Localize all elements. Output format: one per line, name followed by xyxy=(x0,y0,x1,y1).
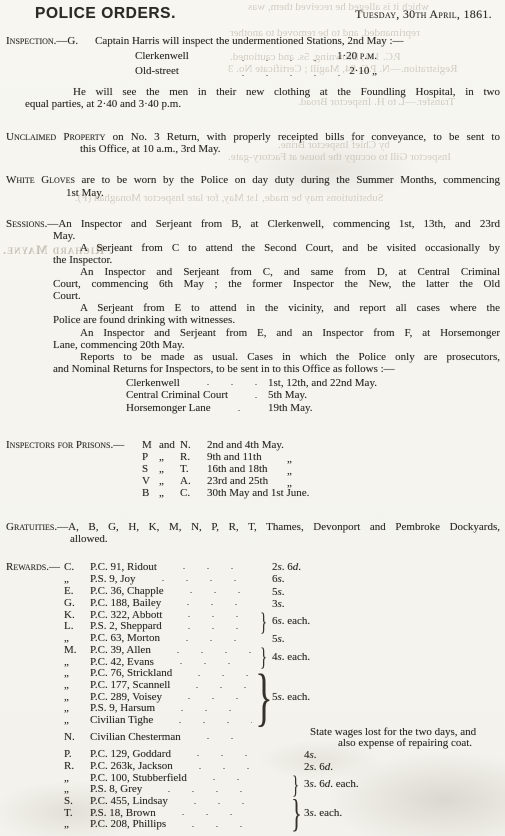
reward-group: R.P.C. 263k, Jackson2s. 6d. xyxy=(6,761,500,773)
pair-separator: „ xyxy=(159,487,180,499)
reward-amount: 3s. 6d. each. xyxy=(304,778,359,790)
white-gloves-section: White Gloves are to be worn by the Polic… xyxy=(6,174,500,198)
section-label: Sessions.— xyxy=(6,218,58,230)
prison-dates: 30th May and 1st June. xyxy=(207,487,309,499)
dot-leader xyxy=(177,668,252,680)
court-name: Clerkenwell xyxy=(126,377,180,390)
document-title: POLICE ORDERS. xyxy=(35,5,176,23)
reward-row: „Civilian Tighe xyxy=(6,715,256,727)
reward-amount: 3s. each. xyxy=(304,807,342,819)
officer-name: P.C. 177, Scannell xyxy=(90,680,170,692)
dot-leader xyxy=(173,796,252,808)
prisons-heading-line: Inspectors for Prisons.—MandN.2nd and 4t… xyxy=(6,439,500,451)
brace-glyph: } xyxy=(255,665,272,730)
division-letter: S. xyxy=(64,796,90,808)
text-line: 1st May. xyxy=(66,187,500,199)
officer-name-cell: P.C. 263k, Jackson xyxy=(90,761,256,773)
sessions-section: Sessions.—An Inspector and Serjeant from… xyxy=(6,218,500,375)
dot-leader xyxy=(162,562,252,574)
section-label: Gratuities.— xyxy=(6,521,68,533)
inspection-heading-line: Inspection.—G.Captain Harris will inspec… xyxy=(6,35,500,47)
dot-leader xyxy=(166,598,252,610)
brace: } xyxy=(256,668,272,726)
division-letter: E. xyxy=(64,586,90,598)
section-label: White Gloves xyxy=(6,174,75,186)
text-line: May. xyxy=(53,230,500,242)
reward-rows: E.P.C. 36, Chapple xyxy=(6,586,256,598)
inspection-section: Inspection.—G.Captain Harris will inspec… xyxy=(6,35,500,110)
reward-rows: G.P.C. 188, Bailey xyxy=(6,598,256,610)
reward-group: G.P.C. 188, Bailey3s. xyxy=(6,598,500,610)
court-row: Clerkenwell1st, 12th, and 22nd May. xyxy=(126,377,498,390)
officer-name: Civilian Chesterman xyxy=(90,732,181,744)
text-line: Court, commencing 6th May ; the former I… xyxy=(53,278,500,290)
dot-leader xyxy=(169,586,252,598)
division-letter: „ xyxy=(64,819,90,831)
text-line: Unclaimed Property on No. 3 Return, with… xyxy=(6,131,500,143)
court-name-cell: Central Criminal Court xyxy=(126,389,268,402)
reward-rows: S.P.C. 455, LindsayT.P.S. 18, Brown„P.C.… xyxy=(6,796,256,831)
dot-leader xyxy=(221,65,341,80)
officer-name: P.C. 188, Bailey xyxy=(90,598,161,610)
text-line: Police are found drinking with witnesses… xyxy=(53,314,500,326)
officer-name: P.C. 129, Goddard xyxy=(90,749,171,761)
division-letter-a: S xyxy=(142,463,159,475)
reward-row: N.Civilian Chesterman xyxy=(6,732,256,744)
division-letter: P. xyxy=(64,749,90,761)
officer-name-cell: P.S. 9, Joy xyxy=(90,574,256,586)
officer-name: P.C. 36, Chapple xyxy=(90,586,164,598)
court-dates: 5th May. xyxy=(268,389,307,402)
reward-group: S.P.C. 455, LindsayT.P.S. 18, Brown„P.C.… xyxy=(6,796,500,831)
division-letter-b: C. xyxy=(180,487,207,499)
pair-separator: „ xyxy=(159,463,180,475)
text-line: the Inspector. xyxy=(53,254,500,266)
dot-leader xyxy=(178,761,252,773)
dot-leader xyxy=(234,389,260,402)
dot-leader xyxy=(186,377,260,390)
dot-leader xyxy=(165,633,252,645)
reward-rows: K.P.C. 322, AbbottL.P.S. 2, Sheppard xyxy=(6,610,256,633)
court-name: Horsemonger Lane xyxy=(126,402,211,415)
dot-leader xyxy=(176,749,252,761)
prison-row: MandN.2nd and 4th May. xyxy=(142,439,500,451)
officer-name: P.C. 455, Lindsay xyxy=(90,796,168,808)
reward-group: „P.C. 100, Stubberfield„P.S. 8, Grey}3s.… xyxy=(6,773,500,796)
reward-amount: 4s. each. xyxy=(272,651,310,663)
text-line: An Inspector and Serjeant from E, and an… xyxy=(80,327,500,339)
brace: } xyxy=(288,796,304,831)
station-name: Old-street xyxy=(135,65,215,77)
reward-amount: 5s. xyxy=(272,633,285,645)
dot-leader xyxy=(221,50,329,65)
division-letter: „ xyxy=(64,715,90,727)
document-date: Tuesday, 30th April, 1861. xyxy=(355,7,497,22)
prison-dates: 16th and 18th xyxy=(207,463,287,475)
officer-name: Civilian Tighe xyxy=(90,715,153,727)
reward-amount: 5s. each. xyxy=(272,691,310,703)
reward-row: P.P.C. 129, Goddard xyxy=(6,749,256,761)
text-line: this Office, at 10 a.m., 3rd May. xyxy=(80,143,500,155)
court-name: Central Criminal Court xyxy=(126,389,228,402)
prison-dates: 23rd and 25th xyxy=(207,475,287,487)
station-name: Clerkenwell xyxy=(135,50,215,62)
prison-row: B„C.30th May and 1st June. xyxy=(142,487,500,499)
reward-amount: 6s. xyxy=(272,573,285,585)
text-line: Court. xyxy=(53,290,500,302)
reward-row: M.P.C. 39, Allen xyxy=(6,645,256,657)
dot-leader xyxy=(192,773,252,785)
text-line: equal parties, at 2·40 and 3·40 p.m. xyxy=(25,98,500,110)
dot-leader xyxy=(167,692,252,704)
rewards-label: Rewards.— xyxy=(6,562,64,574)
reward-note: State wages lost for the two days, andal… xyxy=(310,727,500,749)
text-line: A Serjeant from C to attend the Second C… xyxy=(80,242,500,254)
inspection-station-list: Clerkenwell1·20 p.m.Old-street2·10 „ xyxy=(6,50,500,80)
unclaimed-property-section: Unclaimed Property on No. 3 Return, with… xyxy=(6,131,500,155)
inspection-label: Inspection.—G. xyxy=(6,35,95,47)
ditto-mark: „ xyxy=(287,465,292,477)
division-letter: N. xyxy=(64,732,90,744)
dot-leader xyxy=(167,621,252,633)
reward-amount: 4s. xyxy=(304,749,317,761)
reward-note-line: State wages lost for the two days, and xyxy=(310,727,500,738)
reward-group: Rewards.—C.P.C. 91, Ridout2s. 6d. xyxy=(6,561,500,573)
ditto-mark: „ xyxy=(287,477,292,489)
division-letter-b: A. xyxy=(180,475,207,487)
prisons-label: Inspectors for Prisons.— xyxy=(6,439,142,451)
text-line: Lane, commencing 20th May. xyxy=(53,339,500,351)
reward-note-line: also expense of repairing coat. xyxy=(310,738,500,749)
reward-row: S.P.C. 455, Lindsay xyxy=(6,796,256,808)
reward-row: G.P.C. 188, Bailey xyxy=(6,598,256,610)
reward-row: E.P.C. 36, Chapple xyxy=(6,586,256,598)
dot-leader xyxy=(217,402,260,415)
reward-group: N.Civilian ChestermanState wages lost fo… xyxy=(6,727,500,749)
text-line: and Nominal Returns for Inspectors, to b… xyxy=(53,363,500,375)
dot-leader xyxy=(159,657,252,669)
officer-name-cell: P.C. 177, Scannell xyxy=(90,680,256,692)
division-letter: „ xyxy=(64,680,90,692)
division-letter-b: R. xyxy=(180,451,207,463)
officer-name: P.C. 263k, Jackson xyxy=(90,761,173,773)
reward-group: P.P.C. 129, Goddard4s. xyxy=(6,749,500,761)
officer-name: P.C. 91, Ridout xyxy=(90,562,157,574)
inspectors-for-prisons-section: Inspectors for Prisons.—MandN.2nd and 4t… xyxy=(6,439,500,499)
prison-row: V„A.23rd and 25th„ xyxy=(142,475,500,487)
division-letter: G. xyxy=(64,598,90,610)
officer-name-cell: P.C. 208, Phillips xyxy=(90,819,256,831)
reward-amount: 2s. 6d. xyxy=(304,761,333,773)
reward-row: R.P.C. 263k, Jackson xyxy=(6,761,256,773)
dot-leader xyxy=(158,715,252,727)
text-line: Sessions.—An Inspector and Serjeant from… xyxy=(6,218,500,230)
pair-separator: „ xyxy=(159,451,180,463)
officer-name-cell: P.C. 129, Goddard xyxy=(90,749,256,761)
prison-row: S„T.16th and 18th„ xyxy=(142,463,500,475)
reward-row: „P.C. 177, Scannell xyxy=(6,680,256,692)
masthead: POLICE ORDERS. Tuesday, 30th April, 1861… xyxy=(0,0,505,23)
dot-leader xyxy=(141,574,252,586)
reward-row: „P.C. 208, Phillips xyxy=(6,819,256,831)
dot-leader xyxy=(167,610,252,622)
reward-group: K.P.C. 322, AbbottL.P.S. 2, Sheppard}6s.… xyxy=(6,610,500,633)
division-letter-a: P xyxy=(142,451,159,463)
officer-name-cell: Civilian Tighe xyxy=(90,715,256,727)
pair-separator: „ xyxy=(159,475,180,487)
division-letter: C. xyxy=(64,562,90,574)
ditto-mark: „ xyxy=(287,453,292,465)
officer-name: P.S. 9, Joy xyxy=(90,574,136,586)
court-name-cell: Clerkenwell xyxy=(126,377,268,390)
officer-name-cell: P.C. 188, Bailey xyxy=(90,598,256,610)
inspection-intro: Captain Harris will inspect the undermen… xyxy=(95,35,404,47)
officer-name-cell: P.C. 91, Ridout xyxy=(90,562,256,574)
text-line: Gratuities.—A, B, G, H, K, M, N, P, R, T… xyxy=(6,521,500,533)
reward-rows: R.P.C. 263k, Jackson xyxy=(6,761,256,773)
reward-rows: M.P.C. 39, Allen„P.C. 42, Evans xyxy=(6,645,256,668)
division-letter: R. xyxy=(64,761,90,773)
brace-glyph: } xyxy=(291,794,301,833)
prison-dates: 9th and 11th xyxy=(207,451,287,463)
station-time: 1·20 p.m. xyxy=(337,50,377,62)
station-row: Clerkenwell1·20 p.m. xyxy=(135,50,377,65)
officer-name: P.C. 208, Phillips xyxy=(90,819,166,831)
officer-name-cell: Civilian Chesterman xyxy=(90,732,256,744)
reward-row: Rewards.—C.P.C. 91, Ridout xyxy=(6,562,256,574)
prison-row: P„R.9th and 11th„ xyxy=(142,451,500,463)
text-line: A Serjeant from E to attend in the vicin… xyxy=(80,302,500,314)
section-label: Unclaimed Property xyxy=(6,131,105,143)
station-row: Old-street2·10 „ xyxy=(135,65,377,80)
station-time: 2·10 „ xyxy=(349,65,377,77)
court-name-cell: Horsemonger Lane xyxy=(126,402,268,415)
text-line: He will see the men in their new clothin… xyxy=(73,86,500,98)
prison-dates: 2nd and 4th May. xyxy=(207,439,284,451)
court-dates: 19th May. xyxy=(268,402,313,415)
division-letter: M. xyxy=(64,645,90,657)
text-line: White Gloves are to be worn by the Polic… xyxy=(6,174,500,186)
reward-rows: „P.C. 76, Strickland„P.C. 177, Scannell„… xyxy=(6,668,256,726)
division-letter-b: T. xyxy=(180,463,207,475)
reward-rows: Rewards.—C.P.C. 91, Ridout xyxy=(6,562,256,574)
dot-leader xyxy=(186,732,252,744)
reward-rows: N.Civilian Chesterman xyxy=(6,732,256,744)
reward-amount: 2s. 6d. xyxy=(272,561,301,573)
text-line: An Inspector and Serjeant from C, and sa… xyxy=(80,266,500,278)
inspection-paragraph: He will see the men in their new clothin… xyxy=(6,86,500,110)
reward-group: „P.C. 63, Morton5s. xyxy=(6,633,500,645)
division-letter-a: V xyxy=(142,475,159,487)
court-dates: 1st, 12th, and 22nd May. xyxy=(268,377,377,390)
police-orders-document: POLICE ORDERS. Tuesday, 30th April, 1861… xyxy=(0,0,505,836)
sessions-court-list: Clerkenwell1st, 12th, and 22nd May.Centr… xyxy=(6,377,500,415)
officer-name: P.C. 39, Allen xyxy=(90,645,151,657)
dot-leader xyxy=(171,819,252,831)
reward-group: E.P.C. 36, Chapple5s. xyxy=(6,586,500,598)
pair-separator: and xyxy=(159,439,180,451)
officer-name-cell: P.C. 36, Chapple xyxy=(90,586,256,598)
officer-name-cell: P.C. 455, Lindsay xyxy=(90,796,256,808)
reward-group: „P.S. 9, Joy6s. xyxy=(6,573,500,585)
court-row: Central Criminal Court5th May. xyxy=(126,389,498,402)
reward-amount: 3s. xyxy=(272,598,285,610)
reward-amount: 6s. each. xyxy=(272,615,310,627)
division-letter-b: N. xyxy=(180,439,207,451)
reward-rows: P.P.C. 129, Goddard xyxy=(6,749,256,761)
brace-glyph: } xyxy=(261,608,268,634)
reward-row: „P.S. 9, Joy xyxy=(6,574,256,586)
text-line: Reports to be made as usual. Cases in wh… xyxy=(80,351,500,363)
reward-group: „P.C. 76, Strickland„P.C. 177, Scannell„… xyxy=(6,668,500,726)
rewards-section: Rewards.—C.P.C. 91, Ridout2s. 6d.„P.S. 9… xyxy=(6,561,500,831)
gratuities-section: Gratuities.—A, B, G, H, K, M, N, P, R, T… xyxy=(6,521,500,545)
dot-leader xyxy=(156,645,252,657)
reward-group: M.P.C. 39, Allen„P.C. 42, Evans}4s. each… xyxy=(6,645,500,668)
reward-rows: „P.C. 100, Stubberfield„P.S. 8, Grey xyxy=(6,773,256,796)
division-letter-a: M xyxy=(142,439,159,451)
division-letter: „ xyxy=(64,574,90,586)
dot-leader xyxy=(175,680,252,692)
brace: } xyxy=(256,610,272,633)
officer-name-cell: P.C. 39, Allen xyxy=(90,645,256,657)
text-line: allowed. xyxy=(70,533,500,545)
dot-leader xyxy=(160,703,252,715)
reward-amount: 5s. xyxy=(272,586,285,598)
reward-rows: „P.S. 9, Joy xyxy=(6,574,256,586)
court-row: Horsemonger Lane19th May. xyxy=(126,402,498,415)
division-letter-a: B xyxy=(142,487,159,499)
dot-leader xyxy=(161,808,252,820)
